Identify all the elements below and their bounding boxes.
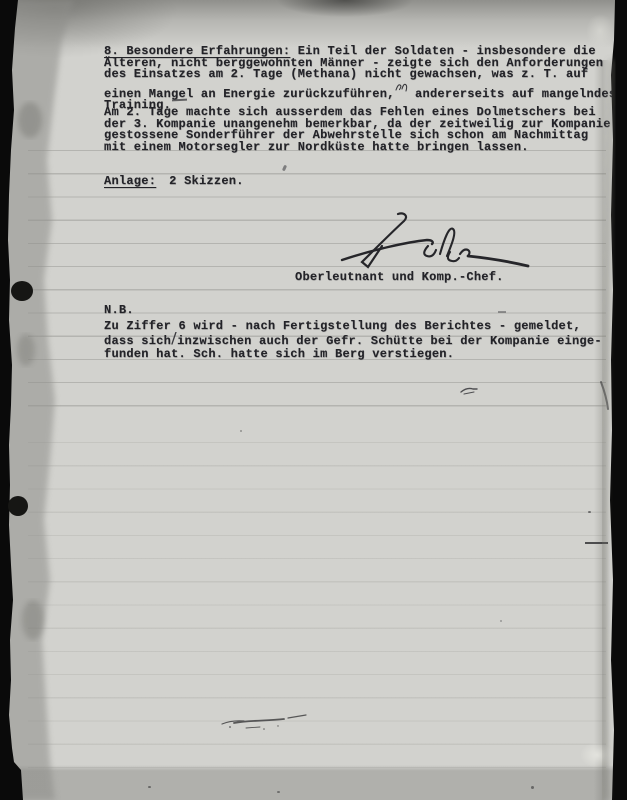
- nb-text-b: inzwischen auch der Gefr. Schütte bei de…: [104, 334, 602, 361]
- anlage-label: Anlage:: [104, 174, 156, 188]
- section8-paragraph1: 8. Besondere Erfahrungen: Ein Teil der S…: [104, 46, 616, 112]
- signature-title: Oberleutnant und Komp.-Chef.: [295, 272, 504, 284]
- section8-paragraph2: Am 2. Tage machte sich ausserdem das Feh…: [104, 107, 611, 153]
- anlage-line: Anlage:2 Skizzen.: [104, 176, 244, 188]
- scanned-document-page: 8. Besondere Erfahrungen: Ein Teil der S…: [0, 0, 627, 800]
- nb-paragraph: Zu Ziffer 6 wird - nach Fertigstellung d…: [104, 320, 602, 361]
- handwritten-insertion-mark: [395, 81, 408, 97]
- signature-handwriting: [332, 212, 542, 276]
- nb-heading: N.B.: [104, 305, 134, 317]
- anlage-value: 2 Skizzen.: [169, 174, 244, 188]
